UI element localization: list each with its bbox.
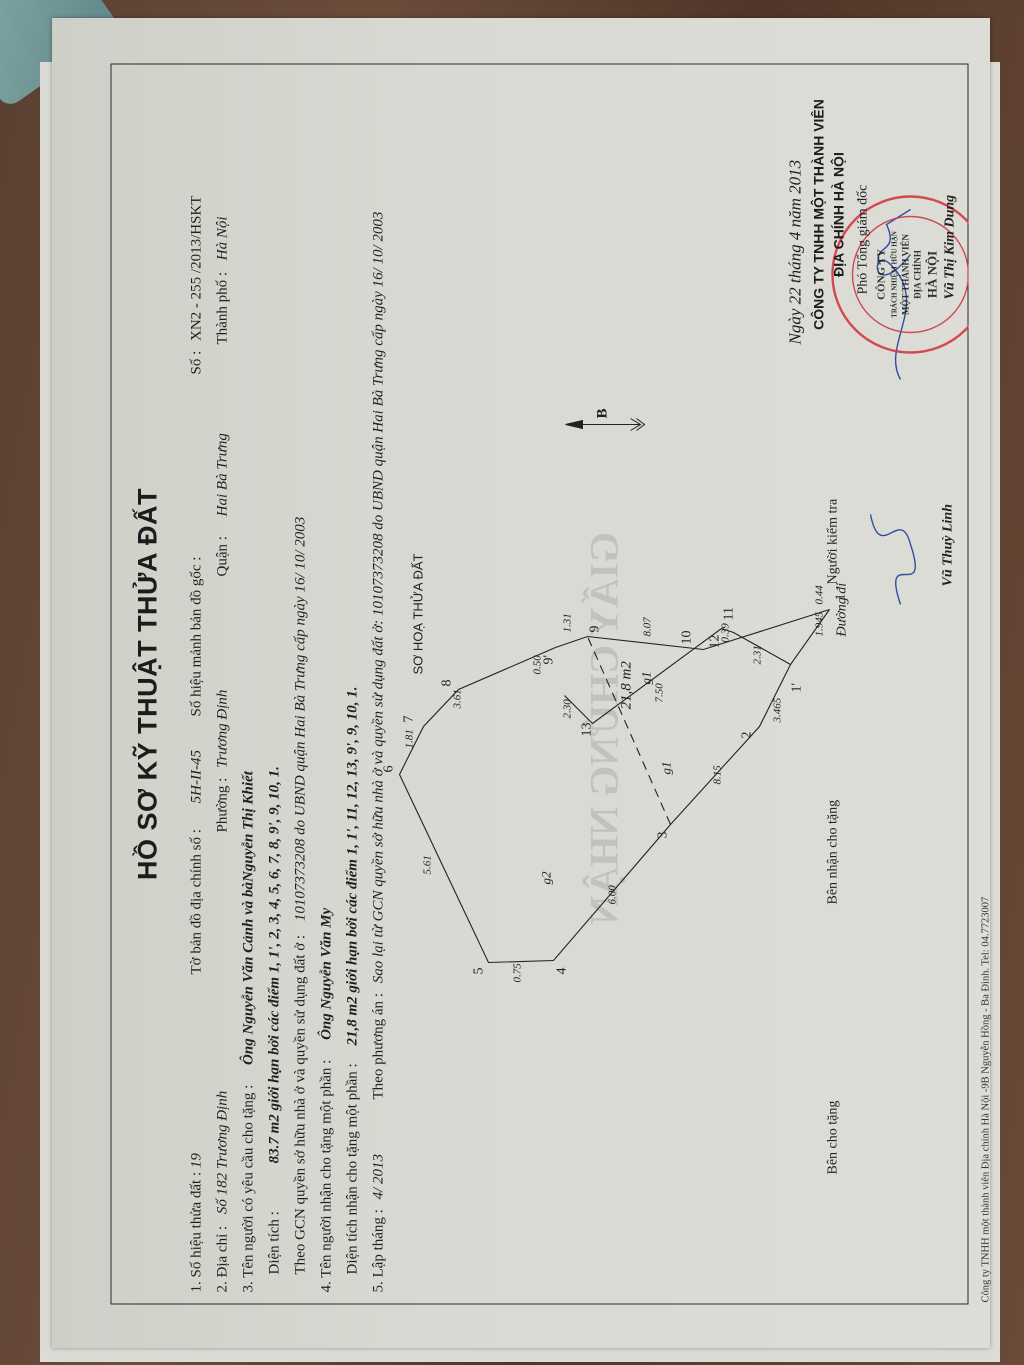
edge-4-5: 0.75 xyxy=(512,963,524,983)
zone-g1-b: g1 xyxy=(639,672,654,685)
point-4: 4 xyxy=(555,968,570,975)
edge-1prime-2: 3.465 xyxy=(772,697,784,723)
road-label: Đường đi xyxy=(835,583,850,638)
date-line: Ngày 22 tháng 4 năm 2013 xyxy=(786,160,806,345)
checker-label: Người kiểm tra xyxy=(826,499,842,585)
stamp-line-4: ĐỊA CHÍNH xyxy=(913,250,923,299)
checker-signature-icon xyxy=(871,515,916,605)
stamp-line-3: MỘT THÀNH VIÊN xyxy=(901,233,911,315)
point-5: 5 xyxy=(472,968,487,975)
company-line-2: ĐỊA CHÍNH HÀ NỘI xyxy=(831,65,847,365)
checker-name: Vũ Thuỳ Linh xyxy=(941,504,957,586)
point-8: 8 xyxy=(440,680,455,687)
stamp-line-5: HÀ NỘI xyxy=(925,251,940,298)
edge-1prime-11: 2.31 xyxy=(752,645,764,664)
zone-g1-a: g1 xyxy=(659,762,674,775)
point-6: 6 xyxy=(382,766,397,773)
edge-13-9prime: 2.30 xyxy=(562,699,574,719)
point-1prime: 1' xyxy=(790,683,805,693)
zone-g2: g2 xyxy=(539,871,554,885)
edge-10-1: 0.44 xyxy=(814,585,826,605)
edge-2-3: 8.15 xyxy=(712,765,724,785)
company-line-1: CÔNG TY TNHH MỘT THÀNH VIÊN xyxy=(811,65,827,365)
point-11: 11 xyxy=(722,607,737,620)
point-3: 3 xyxy=(656,832,671,839)
point-9: 9 xyxy=(588,626,603,633)
edge-1-1prime: 1.945 xyxy=(814,611,826,636)
footer-company-info: Công ty TNHH một thành viên Địa chính Hà… xyxy=(981,897,992,1303)
area-label: 21,8 m2 xyxy=(619,661,635,710)
deputy-label: Phó Tổng giám đốc xyxy=(856,185,872,295)
giver-label: Bên cho tặng xyxy=(826,1101,842,1175)
edge-3-4: 6.00 xyxy=(607,885,619,905)
edge-7-8: 3.61 xyxy=(452,689,464,709)
edge-8-9prime: 0.50 xyxy=(532,655,544,675)
receiver-label: Bên nhận cho tặng xyxy=(826,800,842,905)
north-arrow-icon xyxy=(566,419,645,431)
point-10: 10 xyxy=(680,631,695,645)
edge-12-13: 7.50 xyxy=(654,683,666,703)
point-7: 7 xyxy=(402,716,417,723)
point-2: 2 xyxy=(740,732,755,739)
point-9prime: 9' xyxy=(542,655,557,665)
edge-5-6: 5.61 xyxy=(422,855,434,874)
edge-9prime-9: 1.31 xyxy=(562,613,574,632)
edge-6-7: 1.81 xyxy=(404,729,416,748)
stamp-line-2: TRÁCH NHIỆM HỮU HẠN xyxy=(891,231,899,318)
deputy-name: Vũ Thị Kim Dung xyxy=(943,195,959,300)
edge-11-12: 0.39 xyxy=(720,623,732,643)
land-parcel-document: GIẤY CHỨNG NHẬN HỒ SƠ KỸ THUẬT THỬA ĐẤT … xyxy=(111,64,969,1305)
north-label: B xyxy=(595,408,611,418)
edge-9-10: 8.07 xyxy=(642,617,654,637)
stamp-line-1: CÔNG TY xyxy=(875,249,888,300)
point-13: 13 xyxy=(580,723,595,737)
